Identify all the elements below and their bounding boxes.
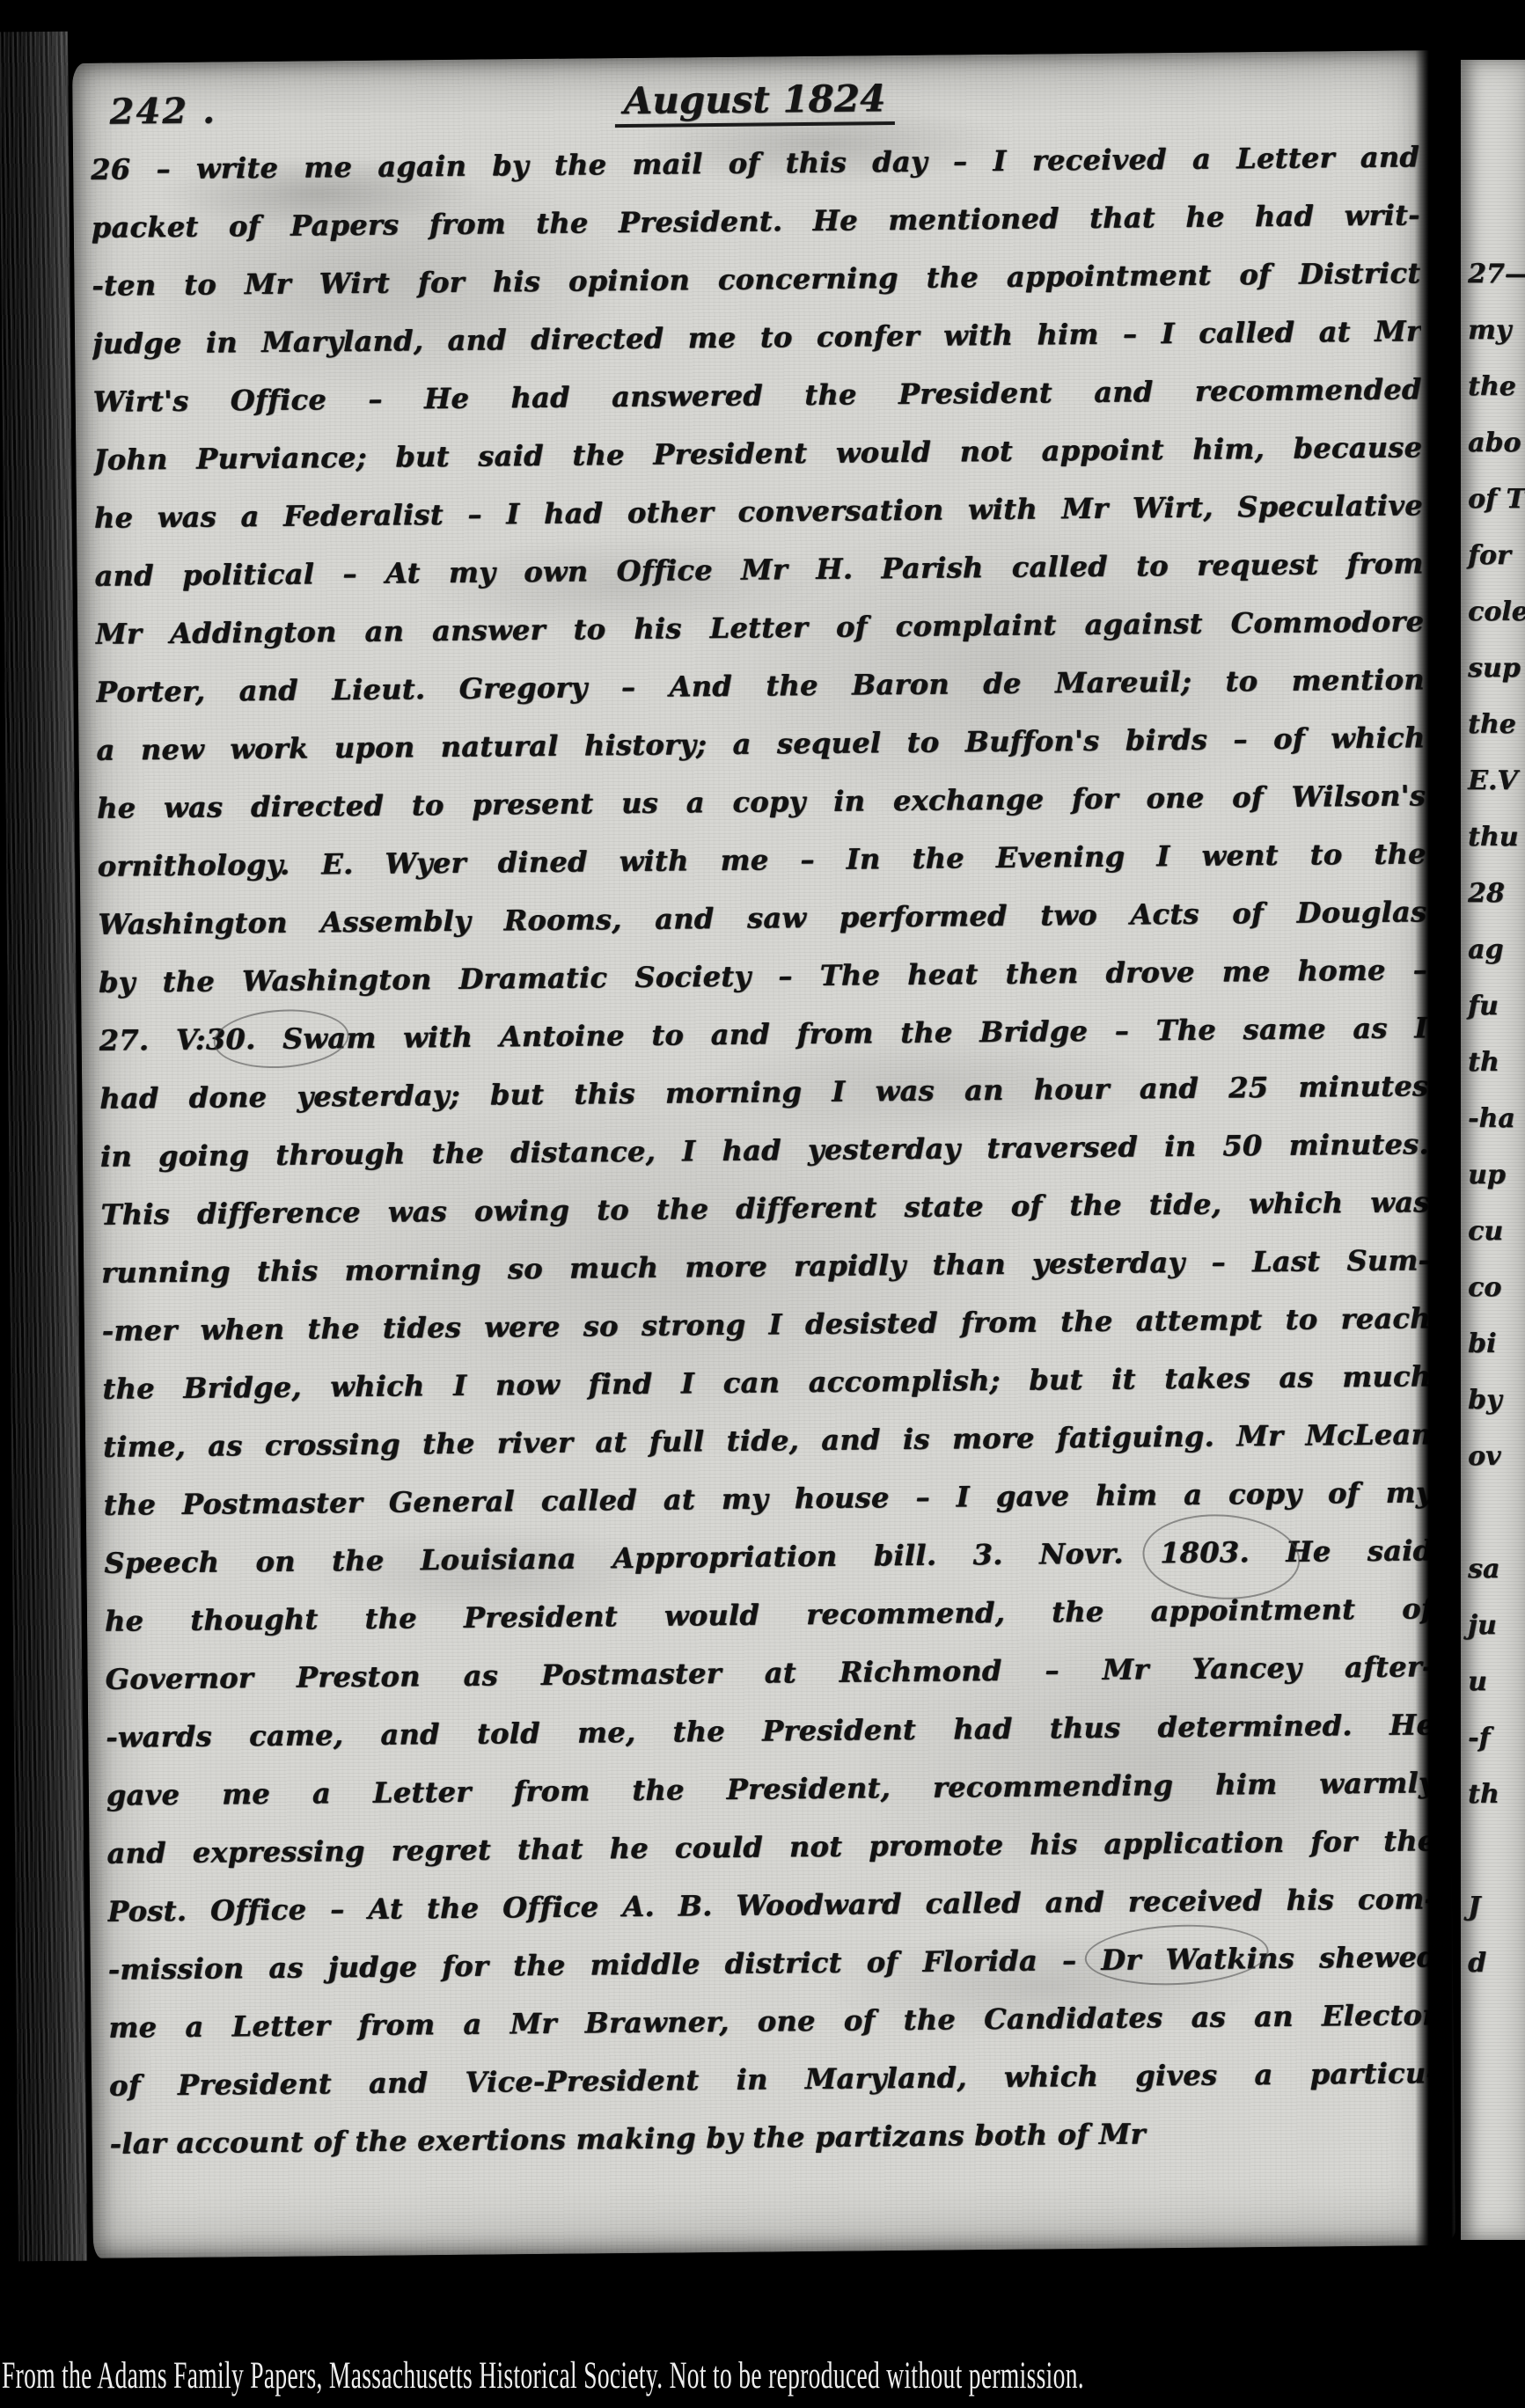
facing-page-fragment: thu — [1468, 809, 1525, 866]
facing-page-fragment: the — [1468, 359, 1525, 415]
facing-page-fragment: E.V — [1468, 753, 1525, 809]
facing-page-fragment: J — [1468, 1879, 1525, 1936]
facing-page-fragment: for — [1468, 528, 1525, 584]
facing-page-fragment: cole — [1468, 584, 1525, 640]
facing-page-fragment: th — [1468, 1767, 1525, 1823]
facing-page-fragment: -f — [1468, 1710, 1525, 1767]
facing-page-fragment: ag — [1468, 922, 1525, 978]
facing-page-fragment: abo — [1468, 415, 1525, 472]
facing-page-fragment: th — [1468, 1035, 1525, 1091]
facing-page-fragment — [1468, 1485, 1525, 1541]
facing-page-fragment: d — [1468, 1936, 1525, 1992]
facing-page-fragment: by — [1468, 1372, 1525, 1429]
facing-page-fragment: -ha — [1468, 1091, 1525, 1147]
facing-page-edge: 27—mytheaboof TforcolesuptheE.Vthu28agfu… — [1461, 60, 1525, 2240]
facing-page-fragment: co — [1468, 1260, 1525, 1316]
facing-page-fragment: ov — [1468, 1429, 1525, 1485]
page-gutter — [1415, 30, 1464, 2252]
facing-page-fragment: bi — [1468, 1316, 1525, 1372]
facing-page-fragment: ju — [1468, 1598, 1525, 1654]
facing-page-fragment: up — [1468, 1147, 1525, 1204]
book-spine — [0, 32, 87, 2262]
facing-page-fragment: cu — [1468, 1204, 1525, 1260]
facing-page-fragment: 28 — [1468, 866, 1525, 922]
facing-page-fragment: fu — [1468, 978, 1525, 1035]
facing-page-fragment: of T — [1468, 472, 1525, 528]
facing-page-fragment — [1468, 1823, 1525, 1879]
facing-page-fragment: my — [1468, 303, 1525, 359]
manuscript-body: 26 – write me again by the mail of this … — [91, 128, 1439, 2172]
facing-page-fragment: sup — [1468, 640, 1525, 697]
facing-page-fragment: u — [1468, 1654, 1525, 1710]
month-header: August 1824 — [614, 77, 894, 128]
facing-page-fragment: the — [1468, 697, 1525, 753]
facing-page-fragment: sa — [1468, 1541, 1525, 1598]
manuscript-photo: 242 . August 1824 26 – write me again by… — [0, 0, 1525, 2408]
page-number: 242 . — [109, 90, 216, 132]
facing-page-fragment: 27— — [1468, 246, 1525, 303]
diary-left-page: 242 . August 1824 26 – write me again by… — [72, 50, 1455, 2258]
manuscript-line: -lar account of the exertions making by … — [109, 2102, 1439, 2172]
credit-caption: From the Adams Family Papers, Massachuse… — [2, 2354, 1084, 2397]
